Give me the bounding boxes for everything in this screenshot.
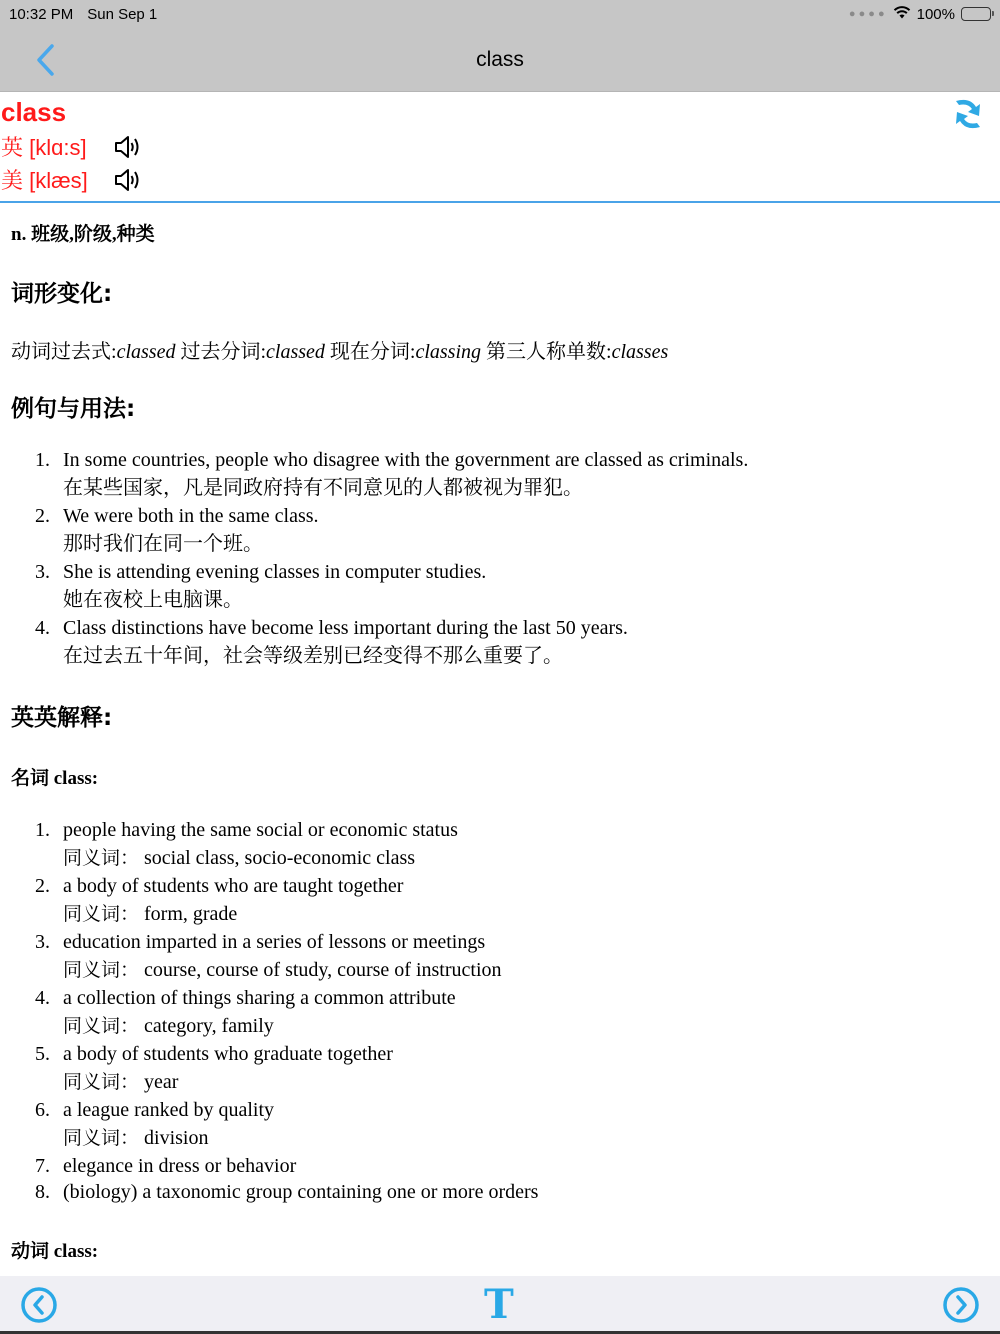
page-title: class — [476, 48, 524, 72]
synonyms-line: 同义词： social class, socio-economic class — [63, 844, 1000, 872]
form-label: 现在分词: — [330, 341, 416, 363]
item-number: 4. — [35, 984, 50, 1012]
definition-item: 7. elegance in dress or behavior — [0, 1152, 1000, 1180]
synonyms: social class, socio-economic class — [144, 847, 415, 869]
form-value: classed — [266, 341, 325, 363]
definition-item: 2. a body of students who are taught tog… — [0, 872, 1000, 928]
chevron-left-icon — [30, 42, 62, 78]
synonyms-line: 同义词： category, family — [63, 1012, 1000, 1040]
status-bar: 10:32 PM Sun Sep 1 ● ● ● ● 100% — [0, 0, 1000, 28]
noun-definitions-list: 1. people having the same social or econ… — [0, 816, 1000, 1206]
definition-text: a collection of things sharing a common … — [63, 987, 456, 1009]
synonym-label: 同义词： — [63, 1015, 139, 1037]
item-number: 3. — [35, 558, 50, 586]
english-section-title: 英英解释: — [11, 699, 112, 732]
item-number: 5. — [35, 1040, 50, 1068]
synonym-label: 同义词： — [63, 1071, 139, 1093]
bottom-toolbar: T — [0, 1276, 1000, 1334]
item-number: 6. — [35, 1096, 50, 1124]
status-date: Sun Sep 1 — [87, 6, 157, 23]
synonym-label: 同义词： — [63, 959, 139, 981]
pronunciation-us-label: 美 [klæs] — [1, 164, 113, 195]
form-label: 动词过去式: — [11, 341, 117, 363]
example-zh: 在过去五十年间，社会等级差别已经变得不那么重要了。 — [63, 642, 1000, 670]
synonyms-line: 同义词： division — [63, 1124, 1000, 1152]
item-number: 4. — [35, 614, 50, 642]
examples-list: 1. In some countries, people who disagre… — [0, 446, 1000, 670]
definition-item: 8. (biology) a taxonomic group containin… — [0, 1178, 1000, 1206]
definition-text: a league ranked by quality — [63, 1099, 274, 1121]
definition-item: 1. people having the same social or econ… — [0, 816, 1000, 872]
synonym-label: 同义词： — [63, 1127, 139, 1149]
wifi-icon — [893, 5, 911, 23]
form-value: classes — [612, 341, 669, 363]
forms-section-title: 词形变化: — [11, 275, 112, 308]
example-en: We were both in the same class. — [63, 505, 319, 527]
definition-item: 4. a collection of things sharing a comm… — [0, 984, 1000, 1040]
nav-bar: class — [0, 28, 1000, 92]
form-label: 过去分词: — [180, 341, 266, 363]
synonyms: division — [144, 1127, 208, 1149]
basic-definition: n. 班级,阶级,种类 — [11, 219, 155, 246]
status-time: 10:32 PM — [9, 6, 73, 23]
status-indicators: ● ● ● ● 100% — [849, 5, 991, 23]
synonym-label: 同义词： — [63, 847, 139, 869]
definition-text: elegance in dress or behavior — [63, 1155, 296, 1177]
item-number: 2. — [35, 502, 50, 530]
synonyms: course, course of study, course of instr… — [144, 959, 502, 981]
example-en: Class distinctions have become less impo… — [63, 617, 628, 639]
back-button[interactable] — [30, 42, 62, 78]
battery-percent: 100% — [917, 6, 955, 23]
circle-chevron-right-icon — [942, 1286, 980, 1324]
definition-text: a body of students who graduate together — [63, 1043, 393, 1065]
example-zh: 那时我们在同一个班。 — [63, 530, 1000, 558]
item-number: 1. — [35, 816, 50, 844]
circle-chevron-left-icon — [20, 1286, 58, 1324]
synonyms: form, grade — [144, 903, 237, 925]
definition-text: (biology) a taxonomic group containing o… — [63, 1181, 538, 1203]
definition-item: 3. education imparted in a series of les… — [0, 928, 1000, 984]
form-value: classed — [117, 341, 176, 363]
pronunciation-uk-label: 英 [klɑ:s] — [1, 131, 113, 162]
item-number: 2. — [35, 872, 50, 900]
examples-section-title: 例句与用法: — [11, 390, 135, 423]
item-number: 8. — [35, 1178, 50, 1206]
definition-item: 6. a league ranked by quality 同义词： divis… — [0, 1096, 1000, 1152]
definition-text: education imparted in a series of lesson… — [63, 931, 485, 953]
synonyms-line: 同义词： form, grade — [63, 900, 1000, 928]
signal-dots-icon: ● ● ● ● — [849, 8, 885, 20]
example-zh: 在某些国家，凡是同政府持有不同意见的人都被视为罪犯。 — [63, 474, 1000, 502]
noun-subtitle: 名词 class: — [11, 763, 98, 790]
example-en: She is attending evening classes in comp… — [63, 561, 486, 583]
example-en: In some countries, people who disagree w… — [63, 449, 748, 471]
word-header: class 英 [klɑ:s] 美 [klæs] — [0, 93, 1000, 203]
refresh-button[interactable] — [950, 95, 986, 133]
headword: class — [1, 97, 66, 128]
definition-text: people having the same social or economi… — [63, 819, 458, 841]
pronunciation-uk: 英 [klɑ:s] — [1, 131, 143, 162]
definition-content[interactable]: n. 班级,阶级,种类 词形变化: 动词过去式:classed 过去分词:cla… — [0, 205, 1000, 1275]
form-value: classing — [415, 341, 481, 363]
font-size-button[interactable]: T — [484, 1280, 514, 1330]
battery-icon — [961, 7, 991, 21]
pronunciation-us: 美 [klæs] — [1, 164, 143, 195]
item-number: 1. — [35, 446, 50, 474]
synonyms-line: 同义词： course, course of study, course of … — [63, 956, 1000, 984]
example-item: 4. Class distinctions have become less i… — [0, 614, 1000, 670]
refresh-icon — [950, 95, 986, 133]
speaker-icon[interactable] — [113, 133, 143, 161]
definition-text: a body of students who are taught togeth… — [63, 875, 403, 897]
example-item: 1. In some countries, people who disagre… — [0, 446, 1000, 502]
next-word-button[interactable] — [942, 1286, 980, 1324]
form-label: 第三人称单数: — [486, 341, 612, 363]
previous-word-button[interactable] — [20, 1286, 58, 1324]
synonym-label: 同义词： — [63, 903, 139, 925]
item-number: 3. — [35, 928, 50, 956]
synonyms: year — [144, 1071, 178, 1093]
synonyms-line: 同义词： year — [63, 1068, 1000, 1096]
verb-subtitle: 动词 class: — [11, 1236, 98, 1263]
example-item: 2. We were both in the same class. 那时我们在… — [0, 502, 1000, 558]
synonyms: category, family — [144, 1015, 274, 1037]
example-item: 3. She is attending evening classes in c… — [0, 558, 1000, 614]
word-forms: 动词过去式:classed 过去分词:classed 现在分词:classing… — [11, 335, 668, 364]
speaker-icon[interactable] — [113, 166, 143, 194]
item-number: 7. — [35, 1152, 50, 1180]
definition-item: 5. a body of students who graduate toget… — [0, 1040, 1000, 1096]
example-zh: 她在夜校上电脑课。 — [63, 586, 1000, 614]
